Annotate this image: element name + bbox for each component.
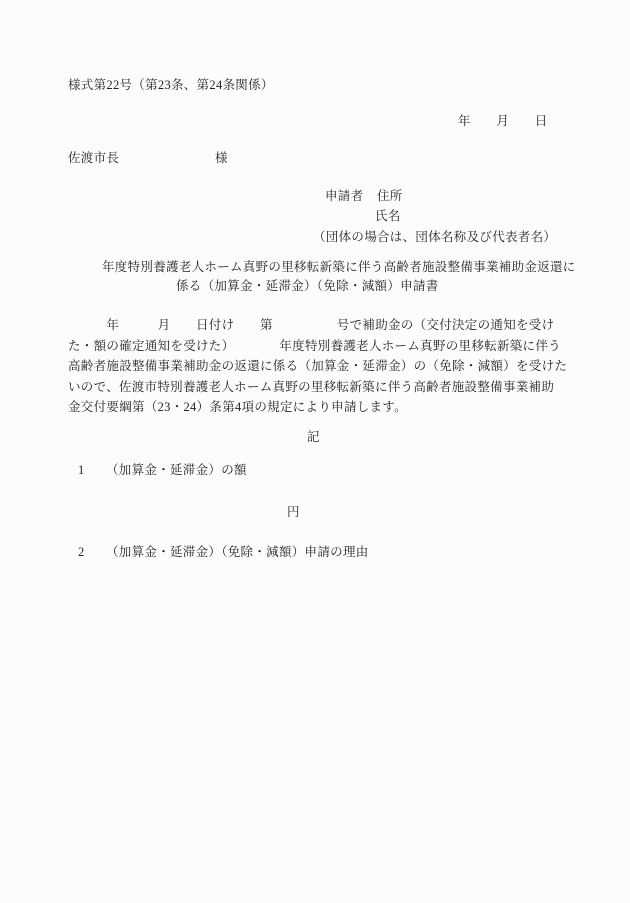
applicant-label: 申請者: [325, 186, 363, 206]
document-title-line2: 係る（加算金・延滞金）（免除・減額）申請書: [176, 276, 439, 296]
body-line-1: 年 月 日付け 第 号で補助金の（交付決定の通知を受け: [68, 315, 573, 336]
form-number: 様式第22号（第23条、第24条関係）: [68, 75, 274, 95]
item-2-label: （加算金・延滞金）（免除・減額）申請の理由: [106, 542, 369, 562]
body-line-2: た・額の確定通知を受けた） 年度特別養護老人ホーム真野の里移転新築に伴う: [68, 336, 573, 357]
item-1-unit-yen: 円: [287, 502, 300, 522]
item-1-number: 1: [78, 460, 85, 480]
applicant-org-note: （団体の場合は、団体名称及び代表者名）: [313, 227, 556, 247]
record-marker: 記: [307, 427, 320, 447]
applicant-name-label: 氏名: [375, 206, 401, 226]
date-blank-line: 年 月 日: [458, 111, 548, 131]
body-line-3: 高齢者施設整備事業補助金の返還に係る（加算金・延滞金）の（免除・減額）を受けた: [68, 356, 573, 377]
body-line-5: 金交付要綱第（23・24）条第4項の規定により申請します。: [68, 397, 573, 418]
item-2-number: 2: [78, 542, 85, 562]
item-1-label: （加算金・延滞金）の額: [106, 460, 247, 480]
body-paragraph: 年 月 日付け 第 号で補助金の（交付決定の通知を受け た・額の確定通知を受けた…: [68, 315, 573, 418]
body-line-4: いので、佐渡市特別養護老人ホーム真野の里移転新築に伴う高齢者施設整備事業補助: [68, 377, 573, 398]
addressee-title: 佐渡市長: [68, 148, 119, 168]
applicant-address-label: 住所: [377, 186, 403, 206]
document-page: 様式第22号（第23条、第24条関係） 年 月 日 佐渡市長 様 申請者 住所 …: [0, 0, 630, 903]
addressee-honorific: 様: [215, 148, 228, 168]
document-title-line1: 年度特別養護老人ホーム真野の里移転新築に伴う高齢者施設整備事業補助金返還に: [102, 257, 576, 277]
